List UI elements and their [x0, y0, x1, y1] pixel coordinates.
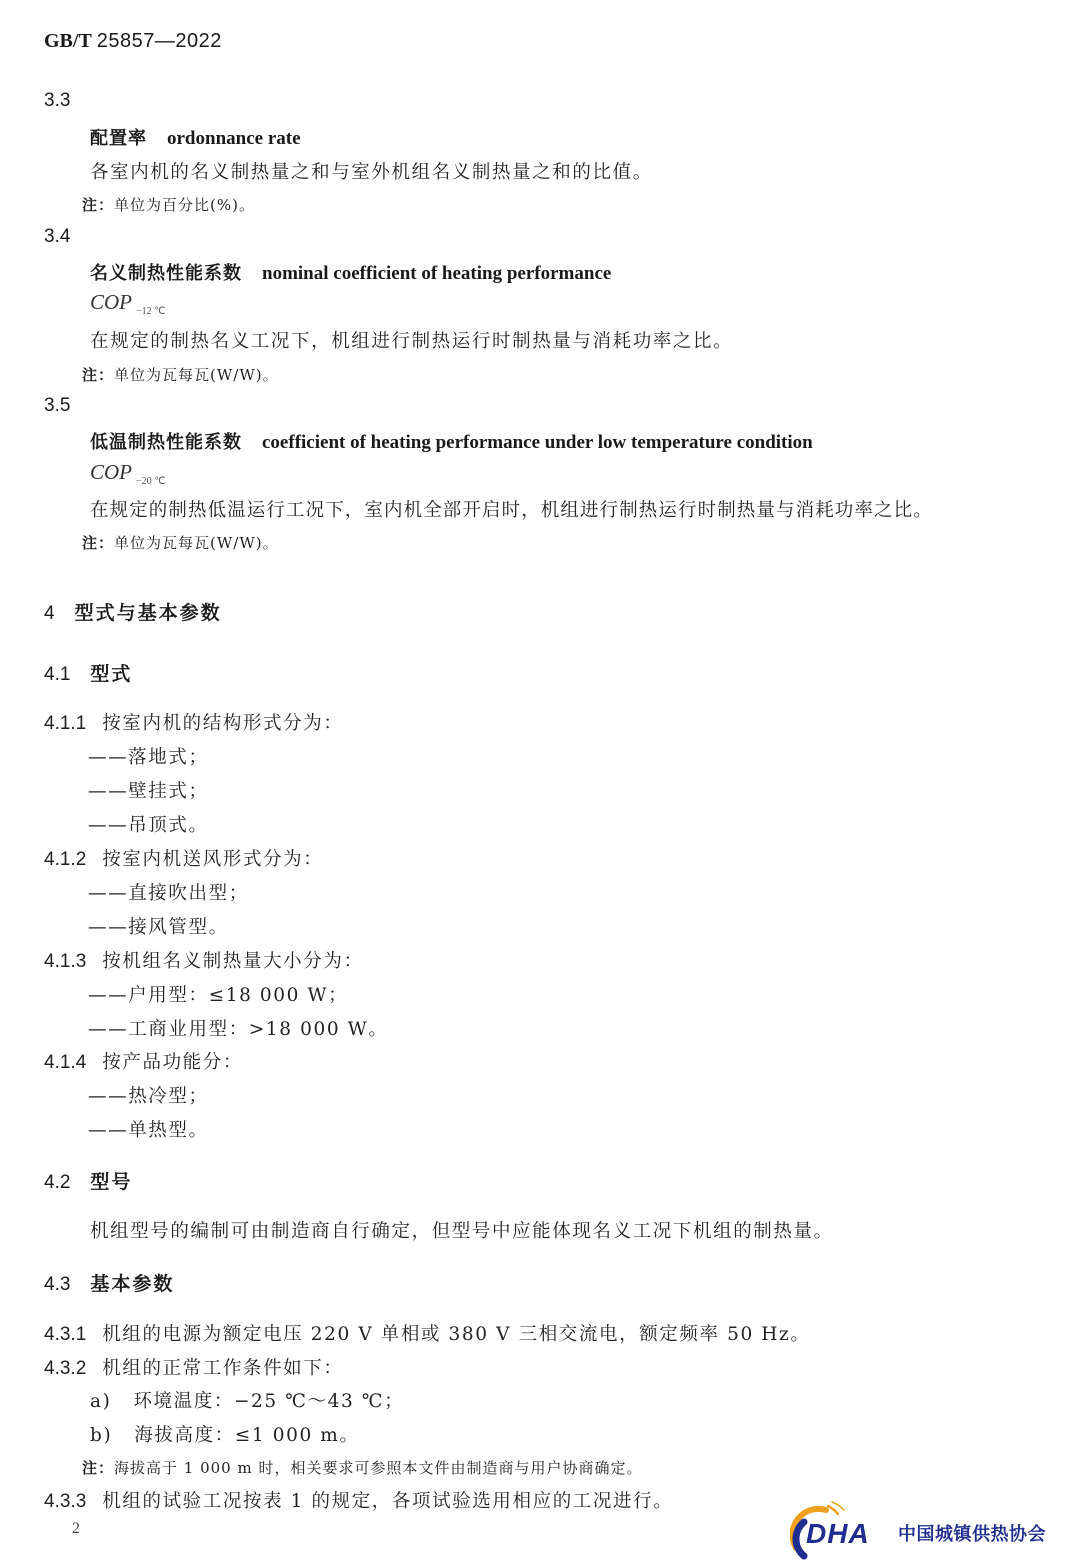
paragraph: 机组型号的编制可由制造商自行确定，但型号中应能体现名义工况下机组的制热量。 [90, 1217, 834, 1243]
note-text: 单位为百分比(%)。 [114, 196, 255, 214]
dash-list-item: ——吊顶式。 [88, 811, 209, 837]
standard-prefix: GB/T [44, 30, 92, 52]
clause: 4.1.4按产品功能分： [44, 1048, 243, 1074]
subsection-heading: 4.1型式 [44, 659, 132, 686]
item-text: 环境温度：−25 ℃～43 ℃； [133, 1391, 404, 1412]
dash-list-item: ——接风管型。 [88, 913, 229, 939]
clause-text: 按室内机送风形式分为： [102, 849, 323, 870]
term-heading: 名义制热性能系数nominal coefficient of heating p… [90, 259, 611, 285]
term-note: 注：单位为瓦每瓦(W/W)。 [82, 532, 279, 553]
note-text: 单位为瓦每瓦(W/W)。 [114, 534, 279, 552]
clause-number: 4.1.2 [44, 849, 86, 870]
section-heading: 4型式与基本参数 [44, 598, 222, 625]
item-marker: a) [90, 1391, 111, 1412]
term-symbol: COP−12 ℃ [90, 290, 165, 317]
clause-number: 4.1.3 [44, 951, 86, 972]
standard-code: GB/T 25857—2022 [44, 30, 222, 53]
symbol-subscript: −20 ℃ [136, 476, 165, 487]
item-text: 海拔高度：≤1 000 m。 [134, 1425, 359, 1446]
clause-note: 注：海拔高于 1 000 m 时，相关要求可参照本文件由制造商与用户协商确定。 [82, 1457, 643, 1478]
page-number: 2 [72, 1520, 80, 1538]
symbol-main: COP [90, 460, 132, 484]
section-title: 型式与基本参数 [75, 602, 222, 624]
subsection-title: 型号 [90, 1171, 132, 1193]
term-note: 注：单位为瓦每瓦(W/W)。 [82, 364, 279, 385]
note-label: 注： [82, 534, 114, 552]
dash-list-item: ——工商业用型：>18 000 W。 [88, 1015, 388, 1041]
dash-list-item: ——直接吹出型； [88, 879, 249, 905]
symbol-main: COP [90, 290, 132, 314]
dash-list-item: ——户用型：≤18 000 W； [88, 981, 348, 1007]
clause-text: 按产品功能分： [102, 1052, 243, 1073]
standard-number: 25857—2022 [97, 30, 222, 52]
clause-text: 机组的电源为额定电压 220 V 单相或 380 V 三相交流电，额定频率 50… [102, 1324, 810, 1345]
term-zh: 低温制热性能系数 [90, 432, 242, 453]
logo-wordmark: DHA [806, 1518, 870, 1550]
term-en: ordonnance rate [167, 128, 301, 149]
term-heading: 低温制热性能系数coefficient of heating performan… [90, 428, 813, 454]
note-label: 注： [82, 1459, 114, 1477]
clause-number: 4.3.3 [44, 1491, 86, 1512]
term-number: 3.4 [44, 226, 70, 248]
section-number: 4 [44, 603, 55, 624]
subsection-title: 基本参数 [90, 1273, 174, 1295]
clause-number: 4.1.1 [44, 713, 86, 734]
term-number: 3.5 [44, 395, 70, 417]
clause: 4.3.2机组的正常工作条件如下： [44, 1354, 343, 1380]
symbol-subscript: −12 ℃ [136, 306, 165, 317]
term-definition: 在规定的制热低温运行工况下，室内机全部开启时，机组进行制热运行时制热量与消耗功率… [90, 496, 933, 522]
clause: 4.1.2按室内机送风形式分为： [44, 845, 323, 871]
term-definition: 各室内机的名义制热量之和与室外机组名义制热量之和的比值。 [90, 158, 653, 184]
enumerated-item: b)海拔高度：≤1 000 m。 [90, 1421, 360, 1447]
clause-text: 按机组名义制热量大小分为： [102, 951, 363, 972]
dash-list-item: ——壁挂式； [88, 777, 209, 803]
subsection-number: 4.1 [44, 664, 70, 685]
note-label: 注： [82, 366, 114, 384]
note-text: 单位为瓦每瓦(W/W)。 [114, 366, 279, 384]
clause-text: 机组的正常工作条件如下： [102, 1358, 343, 1379]
term-note: 注：单位为百分比(%)。 [82, 194, 255, 215]
enumerated-item: a)环境温度：−25 ℃～43 ℃； [90, 1387, 404, 1413]
dash-list-item: ——热冷型； [88, 1082, 209, 1108]
term-symbol: COP−20 ℃ [90, 460, 165, 487]
dha-logo: DHA 中国城镇供热协会 [786, 1500, 1066, 1560]
subsection-title: 型式 [90, 663, 132, 685]
term-en: nominal coefficient of heating performan… [262, 263, 611, 284]
dash-list-item: ——单热型。 [88, 1116, 209, 1142]
term-number: 3.3 [44, 90, 70, 112]
term-zh: 配置率 [90, 128, 147, 149]
clause: 4.1.3按机组名义制热量大小分为： [44, 947, 364, 973]
clause-number: 4.3.1 [44, 1324, 86, 1345]
term-definition: 在规定的制热名义工况下，机组进行制热运行时制热量与消耗功率之比。 [90, 327, 733, 353]
clause-text: 按室内机的结构形式分为： [102, 713, 343, 734]
subsection-heading: 4.2型号 [44, 1167, 132, 1194]
term-en: coefficient of heating performance under… [262, 432, 813, 453]
clause: 4.3.1机组的电源为额定电压 220 V 单相或 380 V 三相交流电，额定… [44, 1320, 810, 1346]
term-zh: 名义制热性能系数 [90, 263, 242, 284]
clause: 4.3.3机组的试验工况按表 1 的规定，各项试验选用相应的工况进行。 [44, 1487, 673, 1513]
term-heading: 配置率ordonnance rate [90, 124, 301, 150]
subsection-number: 4.3 [44, 1274, 70, 1295]
item-marker: b) [90, 1425, 112, 1446]
note-text: 海拔高于 1 000 m 时，相关要求可参照本文件由制造商与用户协商确定。 [114, 1459, 642, 1477]
subsection-heading: 4.3基本参数 [44, 1269, 174, 1296]
clause: 4.1.1按室内机的结构形式分为： [44, 709, 343, 735]
clause-number: 4.3.2 [44, 1358, 86, 1379]
note-label: 注： [82, 196, 114, 214]
clause-text: 机组的试验工况按表 1 的规定，各项试验选用相应的工况进行。 [102, 1491, 673, 1512]
clause-number: 4.1.4 [44, 1052, 86, 1073]
logo-organization-name: 中国城镇供热协会 [898, 1520, 1046, 1546]
subsection-number: 4.2 [44, 1172, 70, 1193]
dash-list-item: ——落地式； [88, 743, 209, 769]
